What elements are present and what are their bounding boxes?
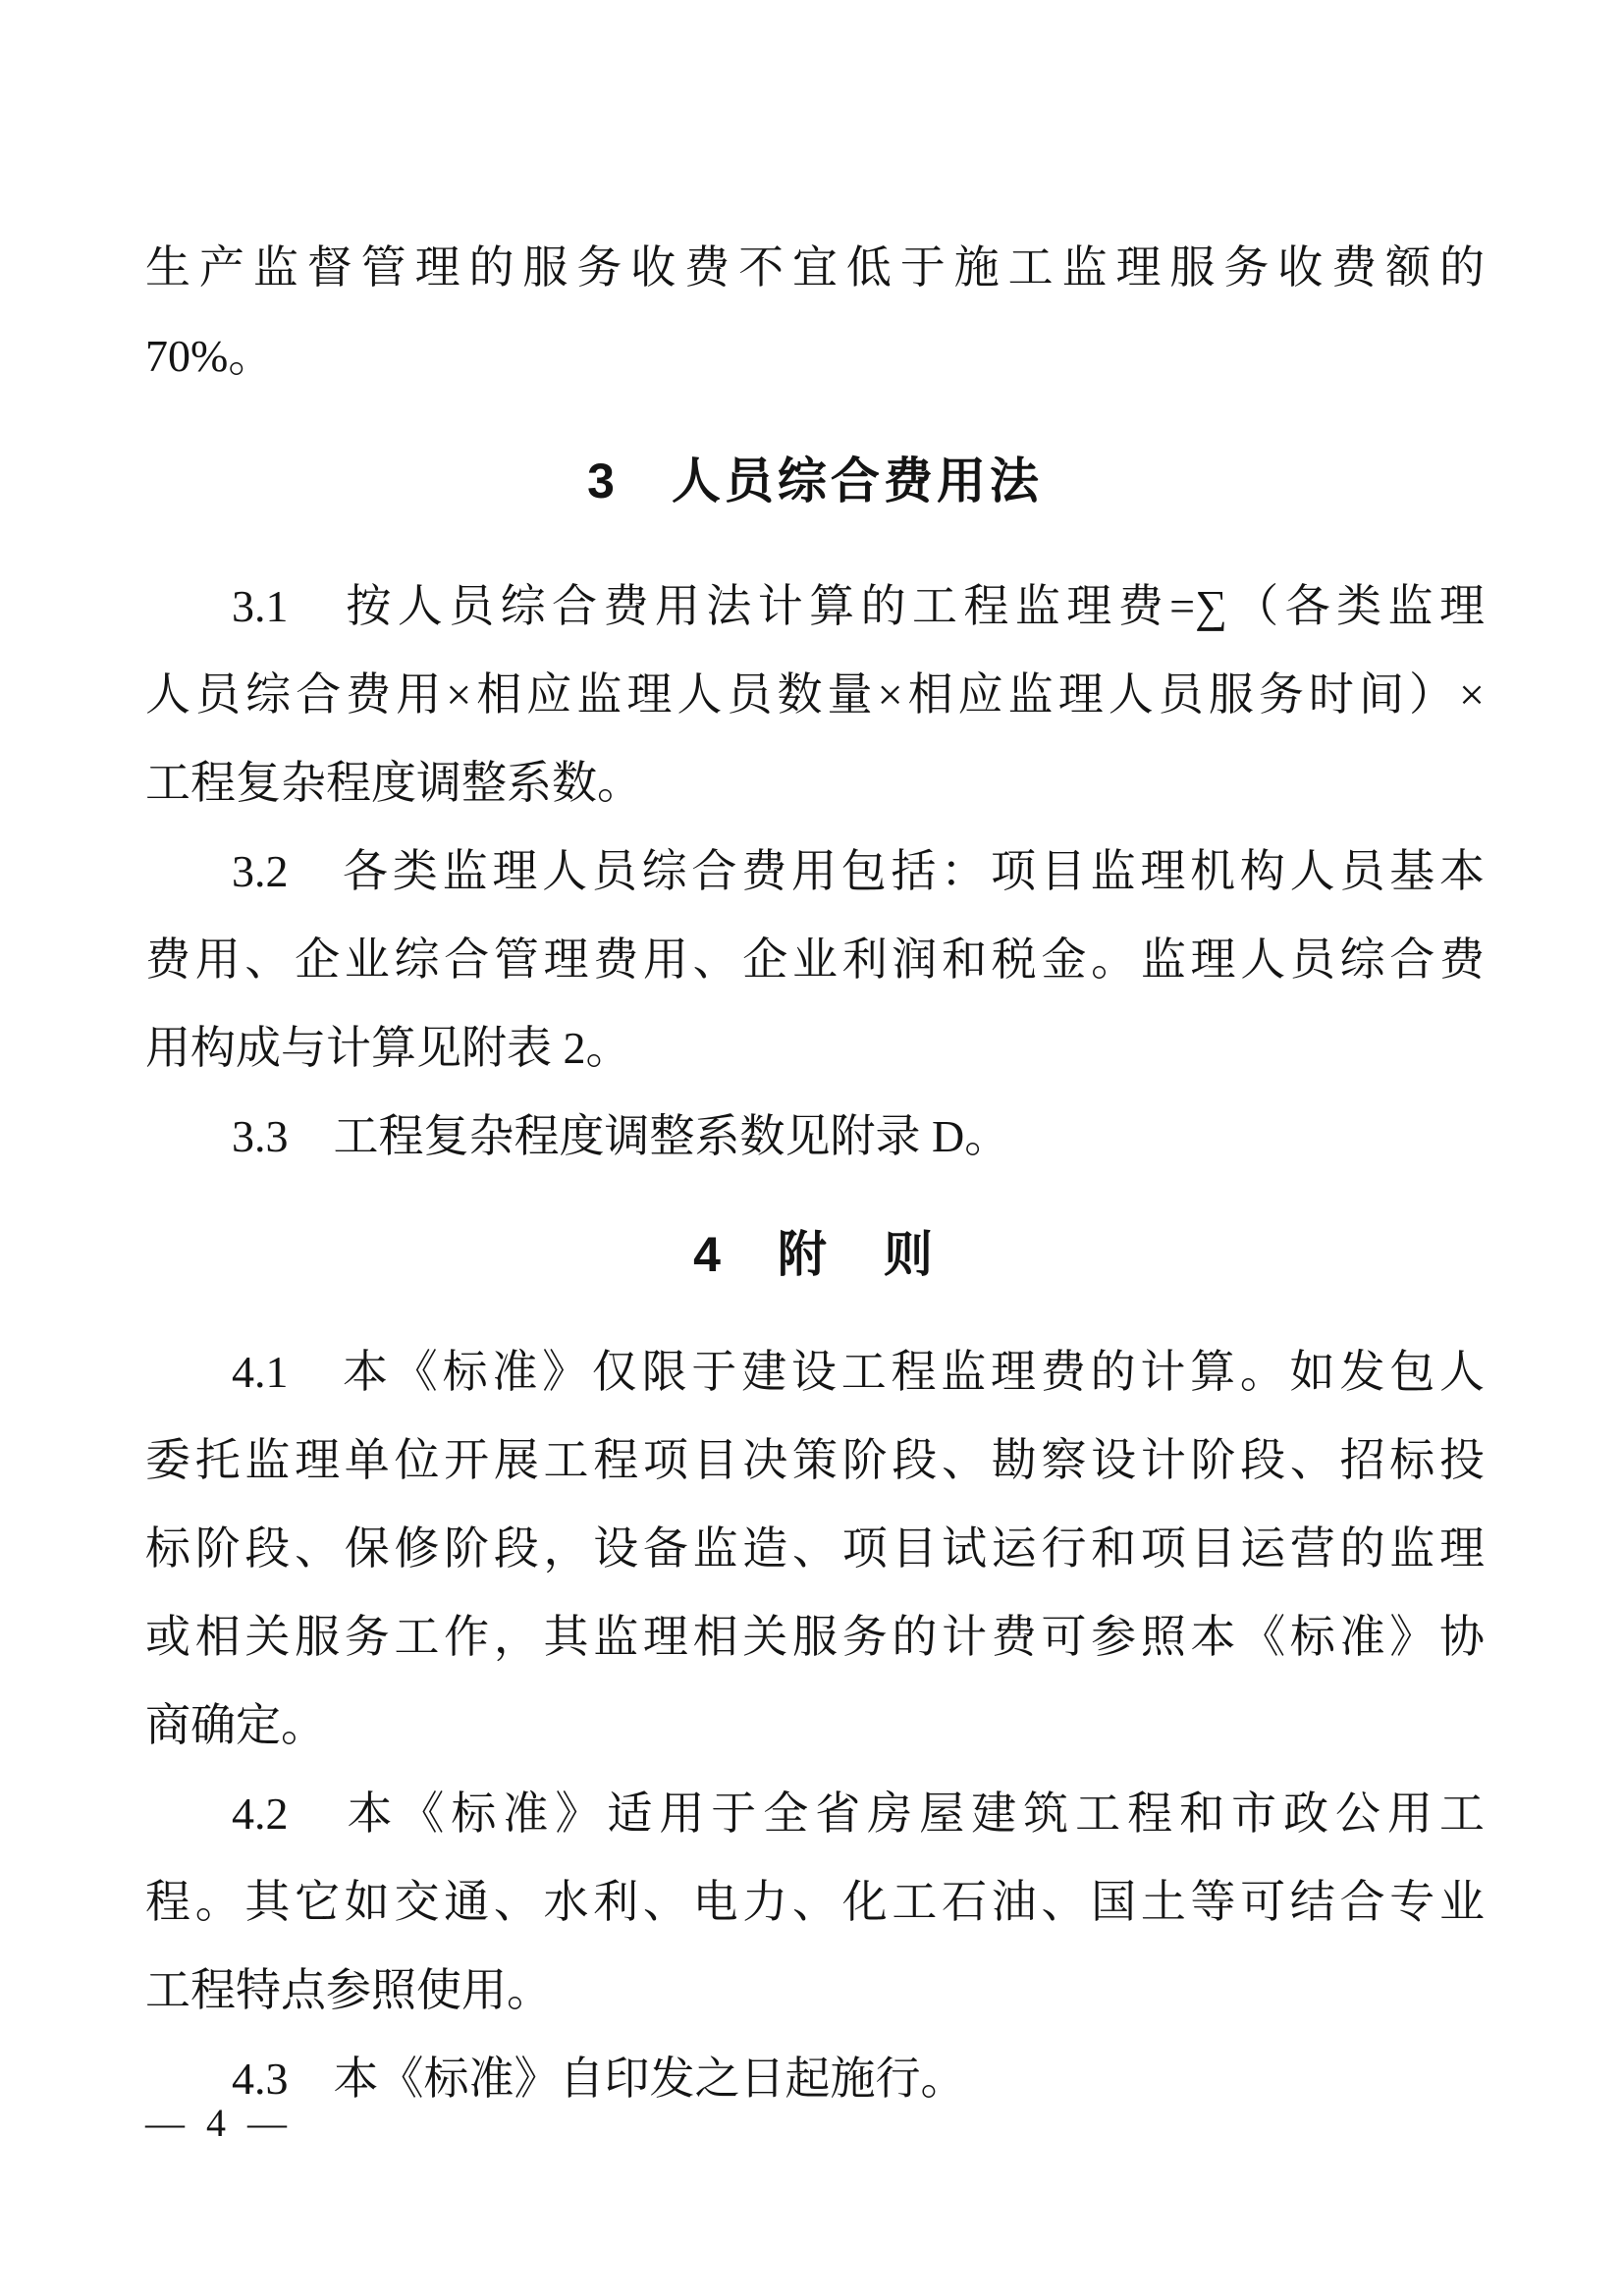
body-line: 生产监督管理的服务收费不宜低于施工监理服务收费额的 [145,224,1485,312]
paragraph-4-2: 4.2 本《标准》适用于全省房屋建筑工程和市政公用工 程。其它如交通、水利、电力… [145,1770,1485,2035]
page-number: — 4 — [145,2089,293,2158]
paragraph-4-1: 4.1 本《标准》仅限于建设工程监理费的计算。如发包人 委托监理单位开展工程项目… [145,1328,1485,1770]
paragraph-3-2: 3.2 各类监理人员综合费用包括：项目监理机构人员基本 费用、企业综合管理费用、… [145,828,1485,1093]
document-page: 生产监督管理的服务收费不宜低于施工监理服务收费额的 70%。 3 人员综合费用法… [0,0,1623,2296]
paragraph-3-3: 3.3 工程复杂程度调整系数见附录 D。 [145,1093,1485,1181]
body-line: 工程复杂程度调整系数。 [145,739,1485,828]
body-line: 用构成与计算见附表 2。 [145,1004,1485,1093]
body-line: 3.1 按人员综合费用法计算的工程监理费=∑（各类监理 [145,562,1485,651]
body-line: 3.2 各类监理人员综合费用包括：项目监理机构人员基本 [145,828,1485,916]
body-line: 4.3 本《标准》自印发之日起施行。 [145,2035,1485,2123]
body-line: 工程特点参照使用。 [145,1947,1485,2035]
body-line: 商确定。 [145,1682,1485,1770]
body-line: 人员综合费用×相应监理人员数量×相应监理人员服务时间）× [145,651,1485,739]
body-line: 标阶段、保修阶段，设备监造、项目试运行和项目运营的监理 [145,1505,1485,1593]
body-line: 4.2 本《标准》适用于全省房屋建筑工程和市政公用工 [145,1770,1485,1858]
paragraph-3-1: 3.1 按人员综合费用法计算的工程监理费=∑（各类监理 人员综合费用×相应监理人… [145,562,1485,828]
body-line: 3.3 工程复杂程度调整系数见附录 D。 [145,1093,1485,1181]
section-4-heading: 4 附 则 [145,1181,1485,1328]
body-line: 或相关服务工作，其监理相关服务的计费可参照本《标准》协 [145,1593,1485,1682]
paragraph-4-3: 4.3 本《标准》自印发之日起施行。 [145,2035,1485,2123]
paragraph-intro: 生产监督管理的服务收费不宜低于施工监理服务收费额的 70%。 [145,224,1485,400]
body-line: 费用、企业综合管理费用、企业利润和税金。监理人员综合费 [145,916,1485,1004]
section-3-heading: 3 人员综合费用法 [145,400,1485,562]
body-line: 程。其它如交通、水利、电力、化工石油、国土等可结合专业 [145,1858,1485,1947]
page-body: 生产监督管理的服务收费不宜低于施工监理服务收费额的 70%。 3 人员综合费用法… [145,224,1485,2123]
body-line: 委托监理单位开展工程项目决策阶段、勘察设计阶段、招标投 [145,1416,1485,1505]
body-line: 70%。 [145,312,1485,400]
body-line: 4.1 本《标准》仅限于建设工程监理费的计算。如发包人 [145,1328,1485,1416]
